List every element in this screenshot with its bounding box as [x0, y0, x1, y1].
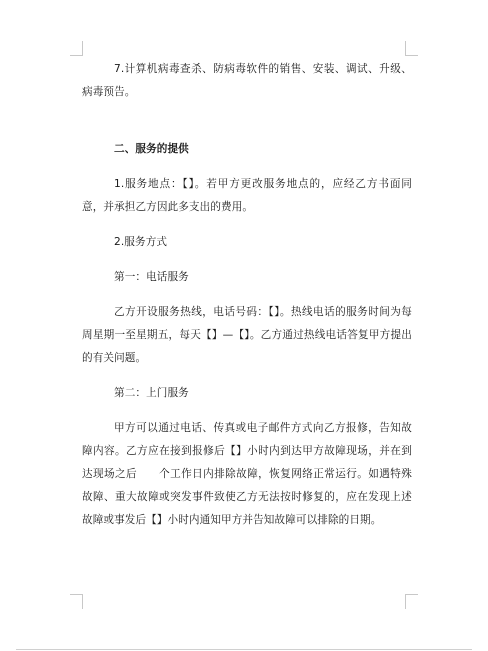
service-method-heading: 2.服务方式 [82, 231, 412, 254]
list-item-7: 7.计算机病毒查杀、防病毒软件的销售、安装、调试、升级、病毒预告。 [82, 58, 412, 104]
phone-service-paragraph: 乙方开设服务热线，电话号码：【】。热线电话的服务时间为每周星期一至星期五，每天【… [82, 301, 412, 370]
page-corner-mark-bottom-left [70, 594, 83, 609]
page-corner-mark-top-left [70, 41, 83, 56]
page-corner-mark-top-right [405, 41, 418, 56]
service-location-paragraph: 1.服务地点：【】。若甲方更改服务地点的，应经乙方书面同意，并承担乙方因此多支出… [82, 173, 412, 219]
onsite-service-subheading: 第二：上门服务 [82, 382, 412, 405]
document-page: 7.计算机病毒查杀、防病毒软件的销售、安装、调试、升级、病毒预告。 二、服务的提… [82, 58, 412, 532]
phone-service-subheading: 第一：电话服务 [82, 266, 412, 289]
page-corner-mark-bottom-right [405, 594, 418, 609]
section-heading: 二、服务的提供 [82, 138, 412, 161]
onsite-service-paragraph: 甲方可以通过电话、传真或电子邮件方式向乙方报修，告知故障内容。乙方应在接到报修后… [82, 417, 412, 532]
page-bottom-divider [16, 649, 472, 650]
